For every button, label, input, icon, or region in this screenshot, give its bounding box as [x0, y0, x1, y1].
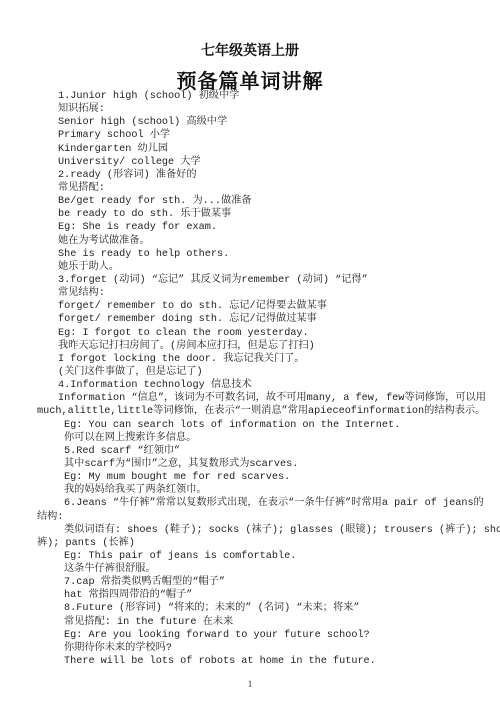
text-line: 7.cap 常指类似鸭舌帽型的“帽子” — [0, 576, 500, 589]
text-line: 5.Red scarf “红领巾” — [0, 445, 500, 458]
text-line: be ready to do sth. 乐于做某事 — [0, 208, 500, 221]
text-line: There will be lots of robots at home in … — [0, 655, 500, 668]
document-title: 七年级英语上册 — [0, 40, 500, 60]
text-line: 其中scarf为“围巾”之意，其复数形式为scarves. — [0, 458, 500, 471]
document-page: 七年级英语上册 预备篇单词讲解 1.Junior high (school) 初… — [0, 0, 500, 708]
document-body: 1.Junior high (school) 初级中学知识拓展:Senior h… — [0, 90, 500, 668]
text-line: 裤); pants (长裤) — [0, 537, 500, 550]
text-line: 4.Information technology 信息技术 — [0, 379, 500, 392]
text-line: Information “信息”，该词为不可数名词，故不可用many, a fe… — [0, 392, 500, 405]
text-line: 我昨天忘记打扫房间了。(房间本应打扫，但是忘了打扫) — [0, 340, 500, 353]
text-line: 这条牛仔裤很舒服。 — [0, 563, 500, 576]
text-line: 1.Junior high (school) 初级中学 — [0, 90, 500, 103]
text-line: 常见搭配: — [0, 182, 500, 195]
text-line: Eg: This pair of jeans is comfortable. — [0, 550, 500, 563]
text-line: forget/ remember doing sth. 忘记/记得做过某事 — [0, 313, 500, 326]
text-line: She is ready to help others. — [0, 248, 500, 261]
text-line: Eg: You can search lots of information o… — [0, 419, 500, 432]
text-line: Eg: She is ready for exam. — [0, 221, 500, 234]
text-line: Senior high (school) 高级中学 — [0, 116, 500, 129]
text-line: hat 常指四周带沿的“帽子” — [0, 589, 500, 602]
text-line: much,alittle,little等词修饰，在表示“一则消息”常用apiec… — [0, 405, 500, 418]
text-line: (关门这件事做了，但是忘记了) — [0, 366, 500, 379]
page-number: 1 — [0, 679, 500, 689]
text-line: Kindergarten 幼儿园 — [0, 143, 500, 156]
text-line: Primary school 小学 — [0, 129, 500, 142]
text-line: 常见结构: — [0, 287, 500, 300]
text-line: 3.forget (动词) “忘记” 其反义词为remember (动词) “记… — [0, 274, 500, 287]
text-line: 结构: — [0, 511, 500, 524]
text-line: 她乐于助人。 — [0, 261, 500, 274]
text-line: 她在为考试做准备。 — [0, 235, 500, 248]
text-line: University/ college 大学 — [0, 156, 500, 169]
text-line: Eg: I forgot to clean the room yesterday… — [0, 327, 500, 340]
text-line: 我的妈妈给我买了两条红领巾。 — [0, 484, 500, 497]
text-line: 知识拓展: — [0, 103, 500, 116]
text-line: 你期待你未来的学校吗? — [0, 642, 500, 655]
text-line: Be/get ready for sth. 为...做准备 — [0, 195, 500, 208]
text-line: 6.Jeans “牛仔裤”常常以复数形式出现，在表示“一条牛仔裤”时常用a pa… — [0, 497, 500, 510]
text-line: 常见搭配: in the future 在未来 — [0, 616, 500, 629]
text-line: I forgot locking the door. 我忘记我关门了。 — [0, 353, 500, 366]
text-line: 8.Future (形容词) “将来的；未来的” (名词) “未来；将来” — [0, 602, 500, 615]
text-line: 你可以在网上搜索许多信息。 — [0, 432, 500, 445]
text-line: forget/ remember to do sth. 忘记/记得要去做某事 — [0, 300, 500, 313]
text-line: Eg: My mum bought me for red scarves. — [0, 471, 500, 484]
text-line: Eg: Are you looking forward to your futu… — [0, 629, 500, 642]
text-line: 2.ready (形容词) 准备好的 — [0, 169, 500, 182]
text-line: 类似词语有: shoes (鞋子); socks (袜子); glasses (… — [0, 524, 500, 537]
